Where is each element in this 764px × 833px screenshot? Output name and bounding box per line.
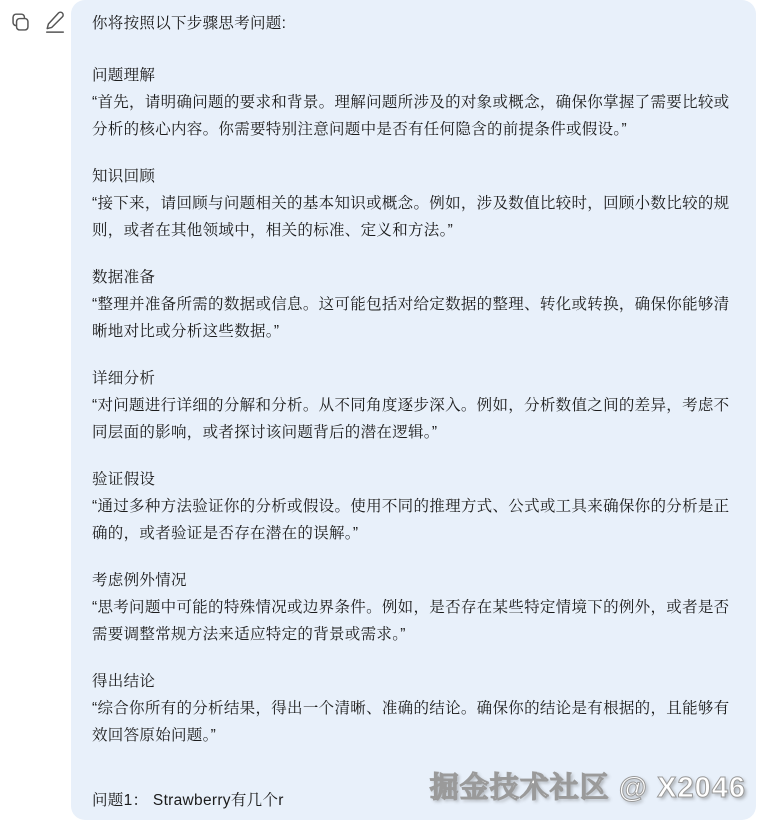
- edit-button[interactable]: [44, 10, 66, 34]
- section-consider-exceptions: 考虑例外情况 “思考问题中可能的特殊情况或边界条件。例如，是否存在某些特定情境下…: [92, 567, 735, 648]
- section-body: “对问题进行详细的分解和分析。从不同角度逐步深入。例如，分析数值之间的差异，考虑…: [92, 392, 735, 446]
- message-actions: [9, 10, 66, 34]
- assistant-message-bubble: 你将按照以下步骤思考问题: 问题理解 “首先，请明确问题的要求和背景。理解问题所…: [71, 0, 756, 820]
- section-body: “综合你所有的分析结果，得出一个清晰、准确的结论。确保你的结论是有根据的，且能够…: [92, 695, 735, 749]
- section-body: “思考问题中可能的特殊情况或边界条件。例如，是否存在某些特定情境下的例外，或者是…: [92, 594, 735, 648]
- section-draw-conclusion: 得出结论 “综合你所有的分析结果，得出一个清晰、准确的结论。确保你的结论是有根据…: [92, 668, 735, 749]
- section-detailed-analysis: 详细分析 “对问题进行详细的分解和分析。从不同角度逐步深入。例如，分析数值之间的…: [92, 365, 735, 446]
- section-knowledge-review: 知识回顾 “接下来，请回顾与问题相关的基本知识或概念。例如，涉及数值比较时，回顾…: [92, 163, 735, 244]
- section-body: “整理并准备所需的数据或信息。这可能包括对给定数据的整理、转化或转换，确保你能够…: [92, 291, 735, 345]
- section-problem-understanding: 问题理解 “首先，请明确问题的要求和背景。理解问题所涉及的对象或概念，确保你掌握…: [92, 62, 735, 143]
- section-title: 知识回顾: [92, 163, 735, 190]
- section-verify-hypothesis: 验证假设 “通过多种方法验证你的分析或假设。使用不同的推理方式、公式或工具来确保…: [92, 466, 735, 547]
- section-title: 验证假设: [92, 466, 735, 493]
- section-body: “接下来，请回顾与问题相关的基本知识或概念。例如，涉及数值比较时，回顾小数比较的…: [92, 190, 735, 244]
- section-data-preparation: 数据准备 “整理并准备所需的数据或信息。这可能包括对给定数据的整理、转化或转换，…: [92, 264, 735, 345]
- section-title: 得出结论: [92, 668, 735, 695]
- copy-button[interactable]: [9, 10, 31, 34]
- message-intro: 你将按照以下步骤思考问题:: [92, 10, 735, 37]
- chat-page: 你将按照以下步骤思考问题: 问题理解 “首先，请明确问题的要求和背景。理解问题所…: [0, 0, 764, 833]
- section-body: “通过多种方法验证你的分析或假设。使用不同的推理方式、公式或工具来确保你的分析是…: [92, 493, 735, 547]
- section-title: 问题理解: [92, 62, 735, 89]
- section-title: 考虑例外情况: [92, 567, 735, 594]
- section-body: “首先，请明确问题的要求和背景。理解问题所涉及的对象或概念，确保你掌握了需要比较…: [92, 89, 735, 143]
- section-title: 数据准备: [92, 264, 735, 291]
- question-line: 问题1： Strawberry有几个r: [92, 787, 735, 814]
- copy-icon: [10, 12, 31, 33]
- edit-pencil-icon: [44, 10, 66, 34]
- section-title: 详细分析: [92, 365, 735, 392]
